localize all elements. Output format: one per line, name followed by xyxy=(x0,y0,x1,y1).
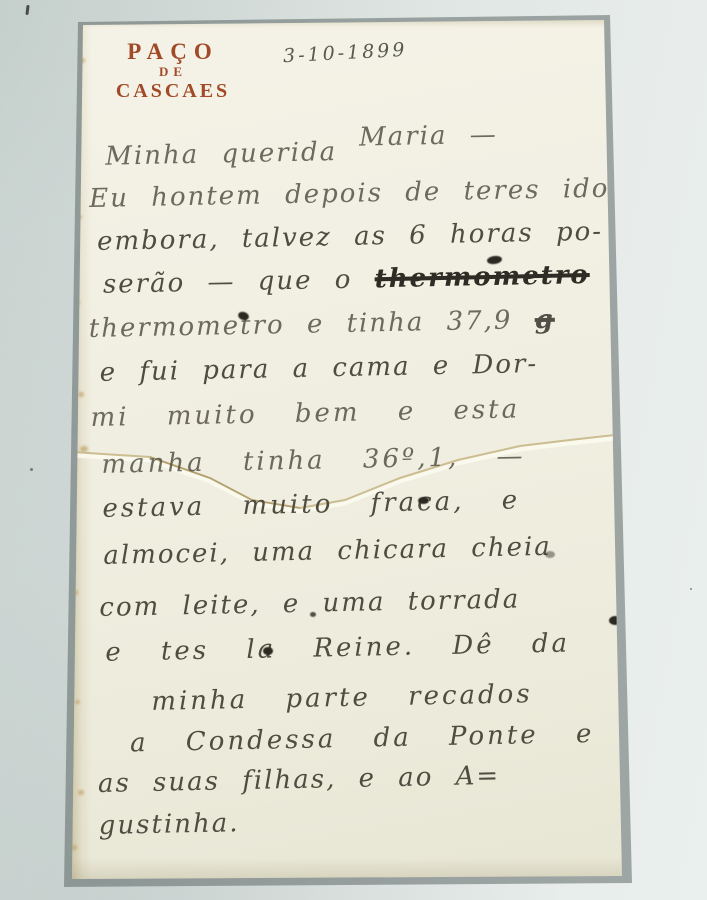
letter-line: serão — que o thermometro xyxy=(103,260,590,300)
background-speck xyxy=(25,5,29,15)
ink-blot xyxy=(545,551,555,558)
letter-line: Eu hontem depois de teres ido xyxy=(89,174,610,214)
ink-blot xyxy=(418,497,429,504)
letter-line: e fui para a cama e Dor- xyxy=(99,349,538,388)
letter-line: mi muito bem e esta xyxy=(90,394,520,433)
ink-blot xyxy=(263,647,273,655)
letter-line: Minha querida Maria — xyxy=(105,134,498,172)
letter-line: gustinha. xyxy=(98,808,239,841)
struck-word: g xyxy=(534,305,555,335)
photo-background: PAÇO DE CASCAES 3-10-1899 Minha querida … xyxy=(0,0,707,900)
letter-line: embora, talvez as 6 horas po- xyxy=(97,217,604,257)
letter-line: minha parte recados xyxy=(151,679,533,717)
ink-blot xyxy=(310,612,316,617)
background-speck xyxy=(30,468,33,471)
letter-paper: PAÇO DE CASCAES 3-10-1899 Minha querida … xyxy=(0,0,707,900)
letter-line: e tes la Reine. Dê da xyxy=(105,628,570,667)
letter-line: almocei, uma chicara cheia xyxy=(103,532,552,571)
letter-line: as suas filhas, e ao A= xyxy=(98,761,501,799)
letter-line: thermometro e tinha 37,9 g xyxy=(88,305,555,344)
letter-body: Minha querida Maria — Eu hontem depois d… xyxy=(0,0,707,900)
struck-word: thermometro xyxy=(374,260,590,294)
raised-word: Maria — xyxy=(359,120,498,153)
letter-line: manha tinha 36º,1, — xyxy=(101,441,526,480)
letter-line: estava muito fraca, e xyxy=(102,485,520,523)
background-speck xyxy=(690,588,692,590)
letter-line: com leite, e uma torrada xyxy=(99,584,520,622)
letter-line: a Condessa da Ponte e xyxy=(130,719,595,758)
